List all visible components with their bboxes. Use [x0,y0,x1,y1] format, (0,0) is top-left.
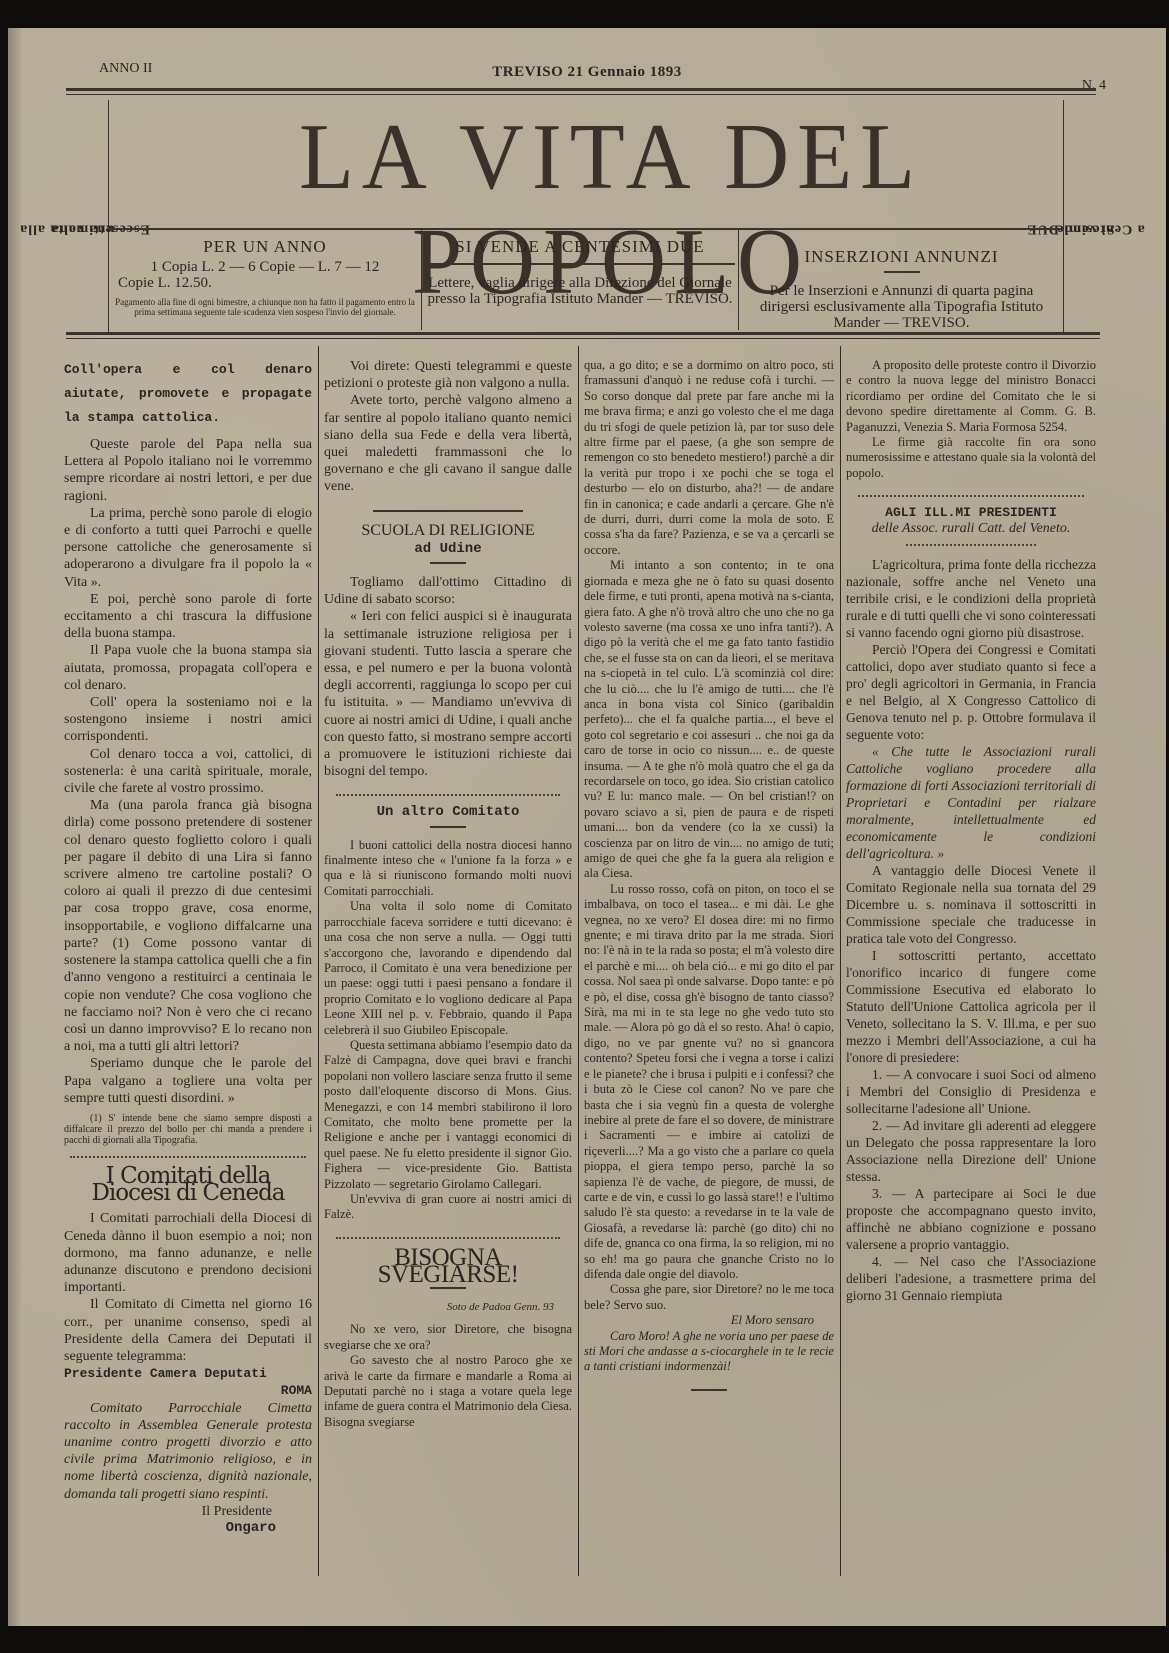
numbered-item: 4. — Nel caso che l'Associazione deliber… [846,1253,1096,1304]
section-subtitle-assoc: delle Assoc. rurali Catt. del Veneto. [846,521,1096,536]
header-rule-thin [66,94,1096,95]
ornament-dash [430,562,466,564]
masthead-right-border [1063,100,1064,332]
lead-quote: Coll'opera e col denaro aiutate, promove… [64,358,312,430]
article-paragraph: Go savesto che al nostro Paroco ghe xe a… [324,1353,572,1430]
issue-number: N. 4 [1082,78,1106,94]
article-paragraph: Cossa ghe pare, sior Diretore? no le me … [584,1282,834,1313]
article-paragraph: No xe vero, sior Diretore, che bisogna s… [324,1322,572,1353]
price-rule [425,263,735,265]
article-paragraph: Avete torto, perchè valgono almeno a far… [324,392,572,495]
article-paragraph: Il Comitato di Cimetta nel giorno 16 cor… [64,1296,312,1365]
letter-signature: El Moro sensaro [584,1313,834,1328]
article-paragraph: Le firme già raccolte fin ora sono numer… [846,435,1096,481]
subscription-box: PER UN ANNO 1 Copia L. 2 — 6 Copie — L. … [112,233,418,330]
article-paragraph: Ma (una parola franca già bisogna dirla)… [64,797,312,1055]
section-divider [858,489,1084,497]
header-rule [66,88,1096,91]
price-text: Lettere, vaglia dirigere alla Direzione … [425,275,735,307]
section-subtitle-udine: ad Udine [324,541,572,558]
frequency-note: Esce una volta allasettimana [60,128,108,330]
masthead-left-border [108,100,109,332]
numbered-item: 1. — A convocare i suoi Soci od almeno i… [846,1066,1096,1117]
telegram-recipient: Presidente Camera Deputati [64,1365,312,1382]
dateline: TREVISO 21 Gennaio 1893 [8,64,1166,81]
column-rule-1 [318,346,319,1576]
section-title-svegiarse: BISOGNA SVEGIARSE! [324,1249,572,1283]
price-side-note: Si vendea Centesimi DUE [1066,128,1106,330]
ornament-dash [691,1389,727,1391]
article-paragraph: L'agricoltura, prima fonte della ricchez… [846,556,1096,641]
section-divider [373,510,523,512]
article-paragraph: A vantaggio delle Diocesi Venete il Comi… [846,862,1096,947]
congress-vote-quote: « Che tutte le Associazioni rurali Catto… [846,743,1096,862]
article-paragraph: A proposito delle proteste contro il Div… [846,358,1096,435]
section-title-comitato: Un altro Comitato [324,804,572,821]
section-divider [336,788,560,796]
ads-title: INSERZIONI ANNUNZI [744,247,1059,267]
subscription-line-2: Copie L. 12.50. [112,275,418,291]
column-1: Coll'opera e col denaro aiutate, promove… [64,358,312,1537]
body-top-rule [66,332,1100,335]
article-paragraph: Togliamo dall'ottimo Cittadino di Udine … [324,574,572,608]
ads-text: Per le Inserzioni e Annunzi di quarta pa… [744,283,1059,331]
telegram-sign-role: Il Presidente [64,1503,312,1520]
article-paragraph: Questa settimana abbiamo l'esempio dato … [324,1038,572,1192]
article-paragraph: Voi direte: Questi telegrammi e queste p… [324,358,572,392]
article-paragraph: I sottoscritti pertanto, accettato l'ono… [846,947,1096,1066]
price-box: SI VENDE A CENTESIMI DUE Lettere, vaglia… [425,233,735,330]
column-4: A proposito delle proteste contro il Div… [846,358,1096,1304]
subscription-title: PER UN ANNO [112,237,418,257]
telegram-city: ROMA [64,1382,312,1399]
article-paragraph: Un'evviva di gran cuore ai nostri amici … [324,1192,572,1223]
ads-ornament [884,271,920,273]
subscription-line-1: 1 Copia L. 2 — 6 Copie — L. 7 — 12 [112,259,418,275]
section-title-ceneda: I Comitati della Diocesi di Ceneda [64,1168,312,1202]
dateline-padoa: Soto de Padoa Genn. 93 [324,1299,572,1316]
article-paragraph: Lu rosso rosso, cofà on piton, on toco e… [584,882,834,1283]
telegram-sign-name: Ongaro [64,1520,312,1537]
article-paragraph: Speriamo dunque che le parole del Papa v… [64,1055,312,1107]
section-divider [906,538,1036,546]
boxes-top-rule [108,228,1063,230]
article-paragraph: Queste parole del Papa nella sua Lettera… [64,436,312,505]
telegram-text: Comitato Parrocchiale Cimetta raccolto i… [64,1400,312,1503]
body-top-rule-thin [66,338,1100,339]
article-paragraph: Il Papa vuole che la buona stampa sia ai… [64,642,312,694]
column-rule-3 [840,346,841,1576]
article-paragraph: Perciò l'Opera dei Congressi e Comitati … [846,641,1096,743]
numbered-item: 3. — A partecipare ai Soci le due propos… [846,1185,1096,1253]
article-paragraph: Coll' opera la sosteniamo noi e la soste… [64,694,312,746]
article-paragraph: Col denaro tocca a voi, cattolici, di so… [64,746,312,798]
column-3: qua, a go dito; e se a dormimo on altro … [584,358,834,1401]
section-divider [336,1231,560,1239]
article-paragraph: La prima, perchè sono parole di elogio e… [64,505,312,591]
subscription-note: Pagamento alla fine di ogni bimestre, a … [112,297,418,317]
page-edge [8,28,22,1626]
section-title-presidenti: AGLI ILL.MI PRESIDENTI [846,505,1096,520]
box-divider-2 [738,230,739,330]
ornament-dash [430,826,466,828]
article-paragraph: Mi intanto a son contento; in te ona gio… [584,558,834,882]
article-paragraph: I Comitati parrochiali della Diocesi di … [64,1210,312,1296]
price-title: SI VENDE A CENTESIMI DUE [425,237,735,257]
article-paragraph: « Ieri con felici auspici si è inaugurat… [324,608,572,780]
article-paragraph: qua, a go dito; e se a dormimo on altro … [584,358,834,558]
column-rule-2 [578,346,579,1576]
ads-box: INSERZIONI ANNUNZI Per le Inserzioni e A… [744,233,1059,330]
article-paragraph: E poi, perchè sono parole di forte eccit… [64,591,312,643]
article-paragraph: Una volta il solo nome di Comitato parro… [324,899,572,1038]
article-paragraph: I buoni cattolici della nostra diocesi h… [324,838,572,900]
newspaper-page: ANNO II TREVISO 21 Gennaio 1893 N. 4 Esc… [8,28,1166,1626]
section-title-scuola: SCUOLA DI RELIGIONE [324,522,572,539]
editor-reply: Caro Moro! A ghe ne voria uno per paese … [584,1329,834,1375]
column-2: Voi direte: Questi telegrammi e queste p… [324,358,572,1430]
numbered-item: 2. — Ad invitare gli aderenti ad elegger… [846,1117,1096,1185]
box-divider-1 [421,230,422,330]
footnote: (1) S' intende bene che siamo sempre dis… [64,1113,312,1146]
section-divider [70,1150,306,1158]
